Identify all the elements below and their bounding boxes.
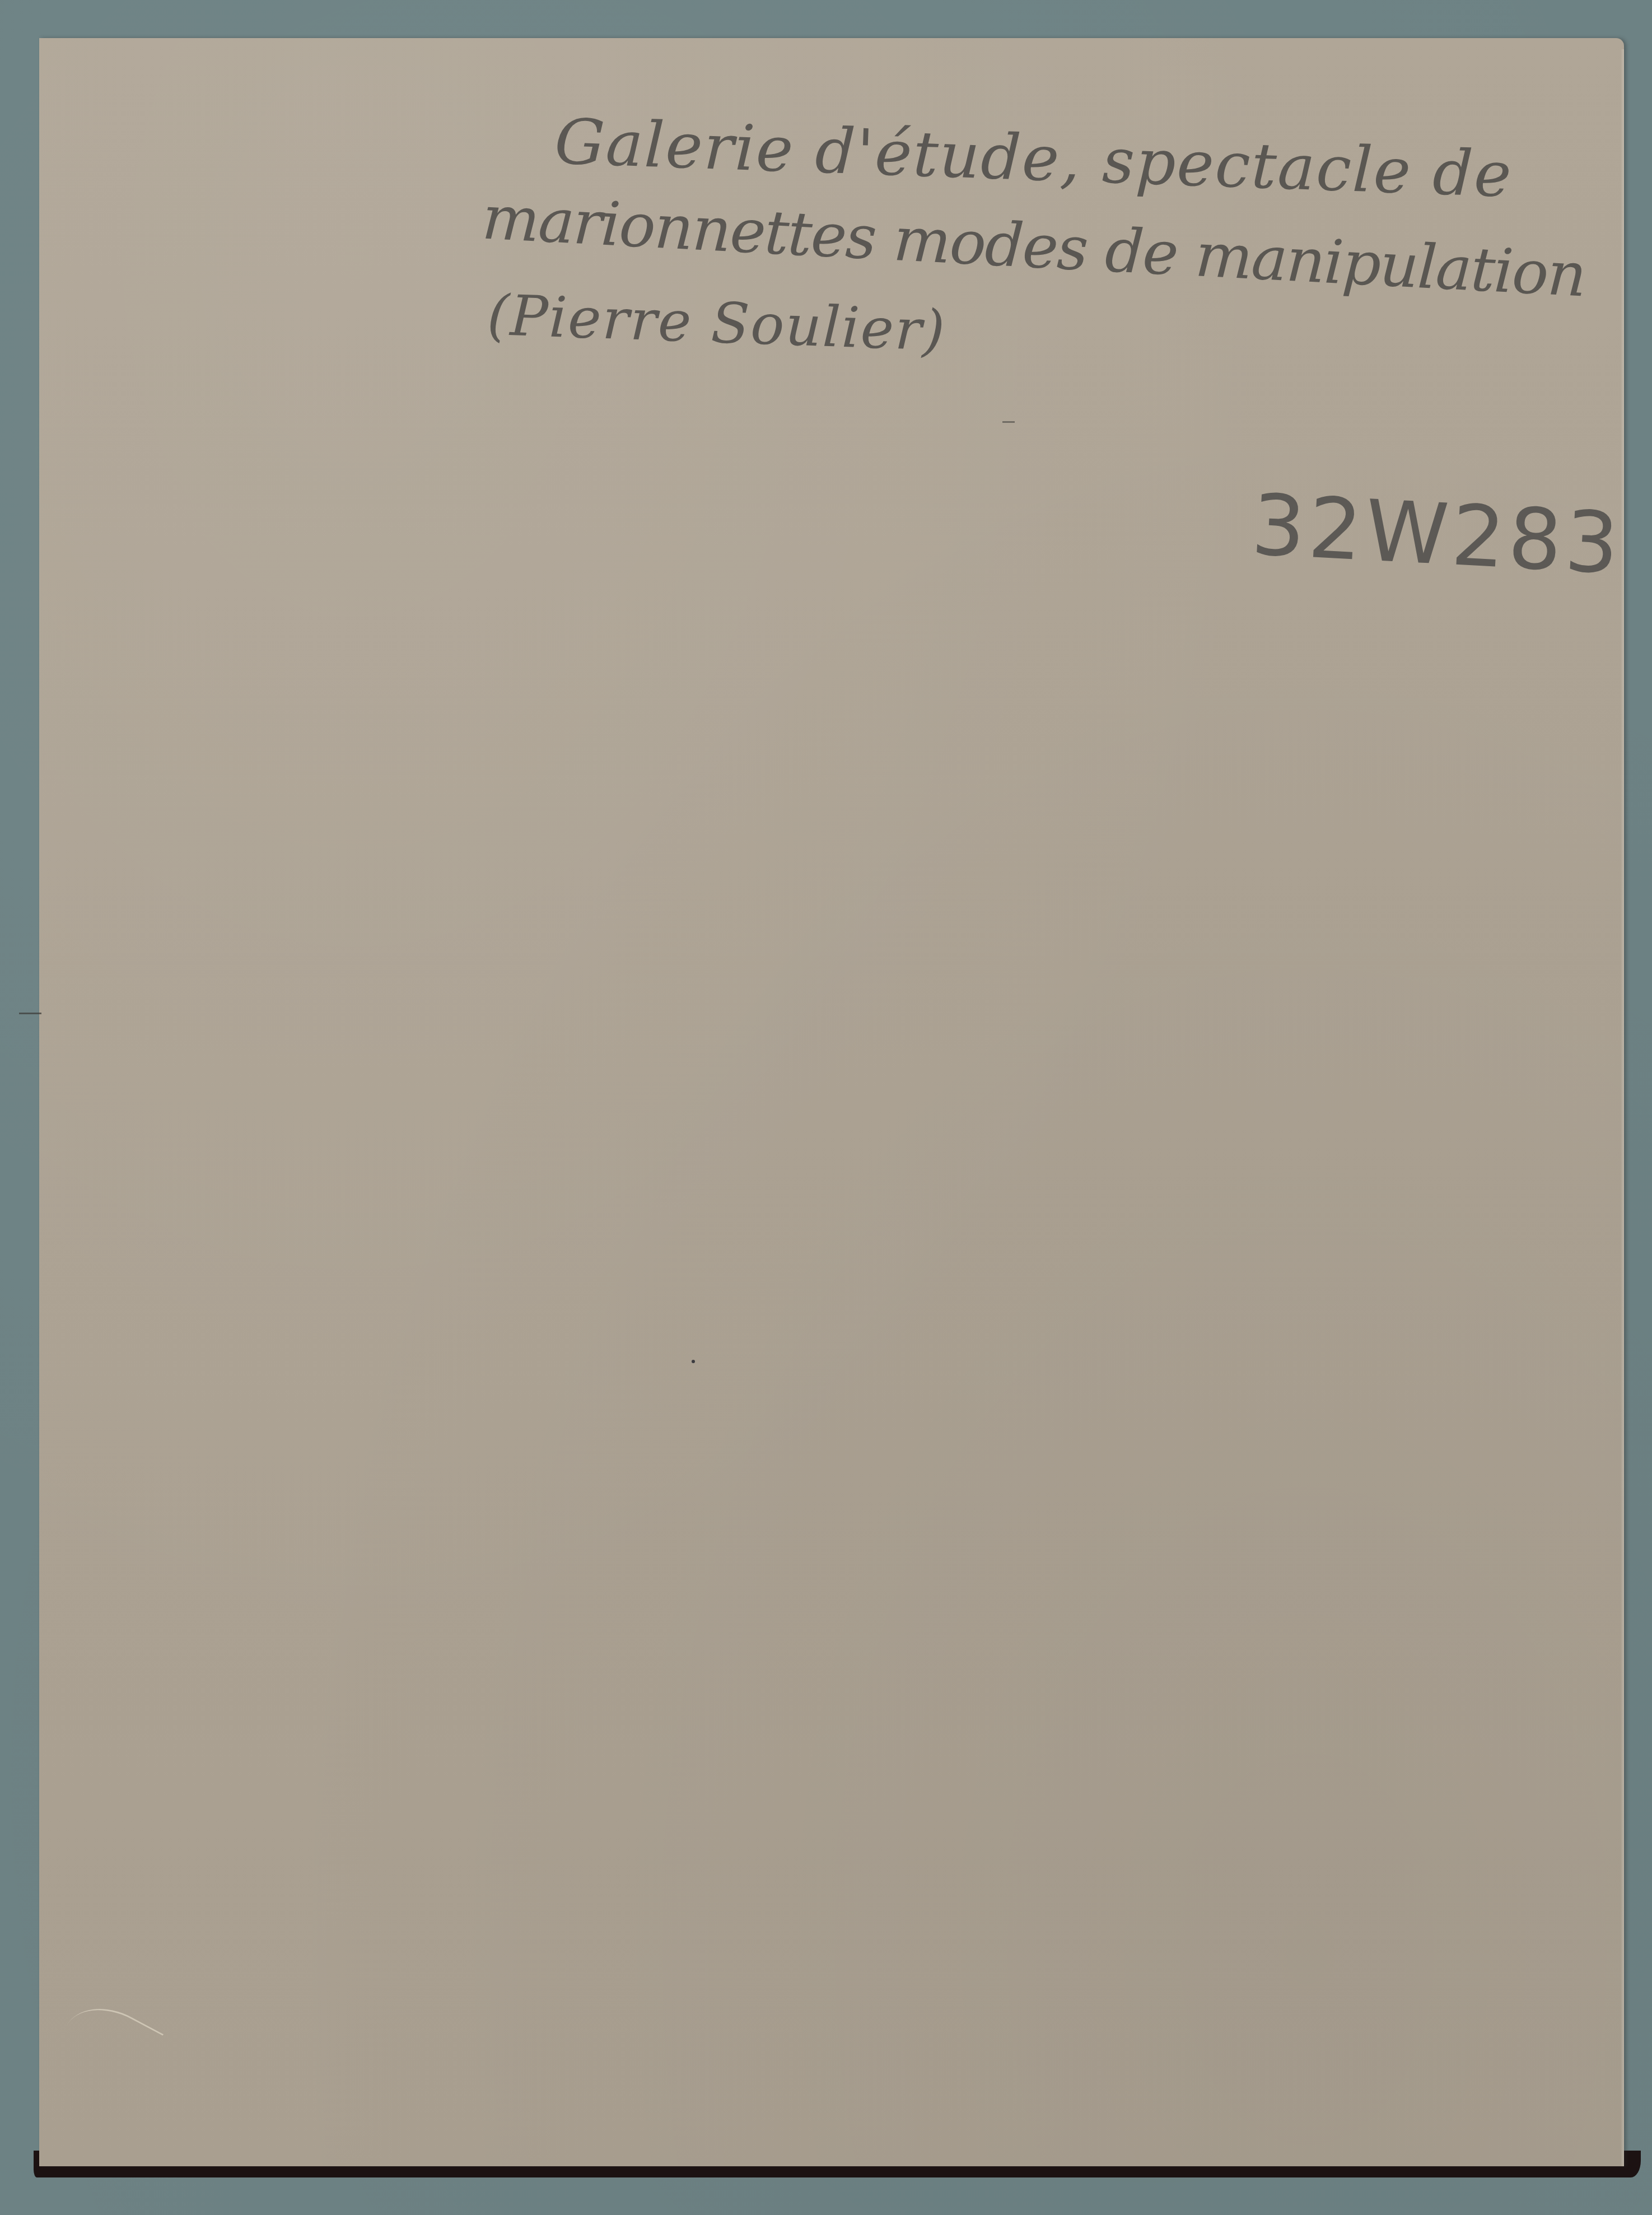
archive-call-number: 32W283	[1249, 477, 1625, 593]
folder-right-edge	[1621, 49, 1624, 2166]
ink-speck	[692, 1360, 695, 1363]
handwritten-title-line-3: (Pierre Soulier)	[486, 282, 947, 364]
margin-tick-mark	[19, 1013, 41, 1014]
pencil-mark	[1002, 421, 1015, 423]
paper-crease	[55, 1992, 164, 2090]
folder-cover: Galerie d'étude, spectacle de marionnett…	[39, 38, 1624, 2166]
